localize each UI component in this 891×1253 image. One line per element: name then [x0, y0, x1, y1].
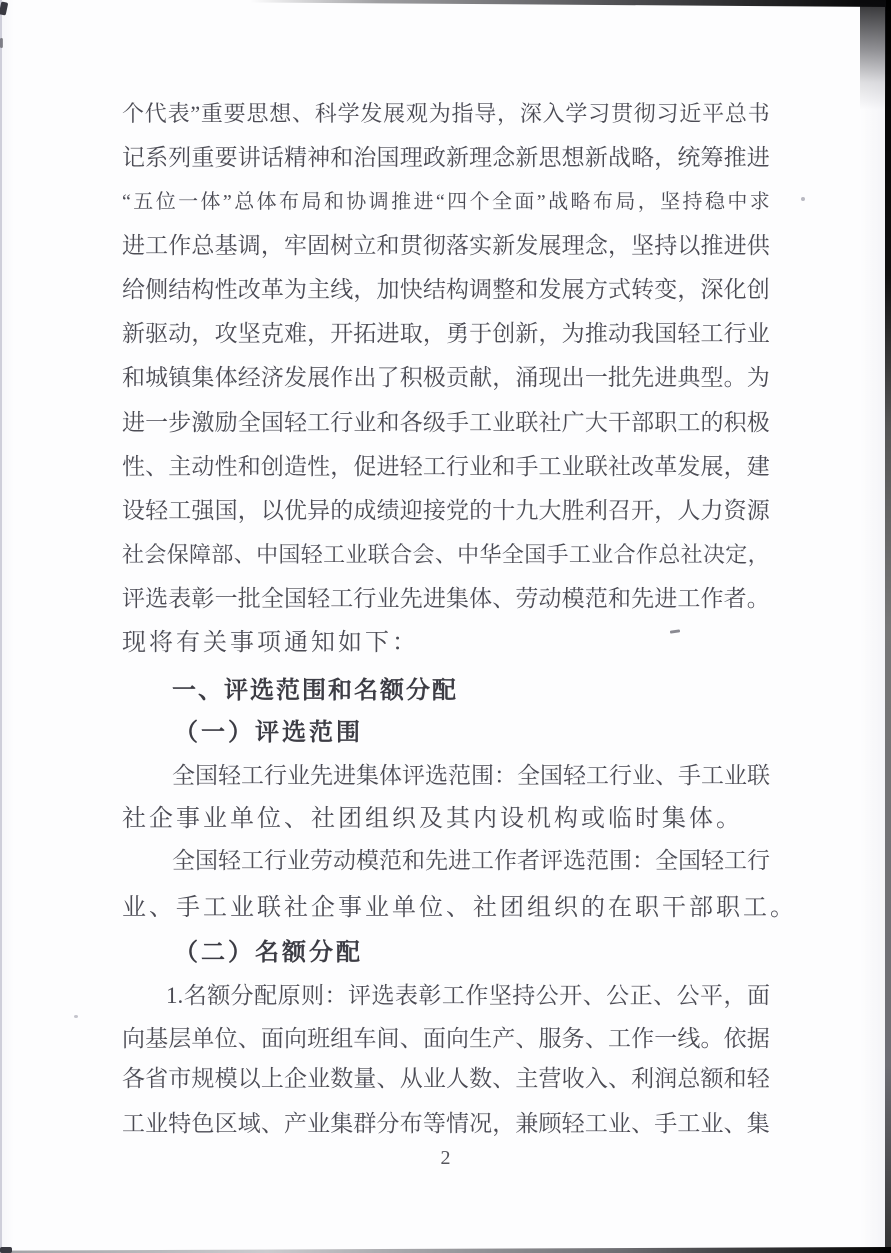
scanned-page: 个代表”重要思想、科学发展观为指导，深入学习贯彻习近平总书记系列重要讲话精神和治… — [0, 0, 891, 1253]
text-line: 给侧结构性改革为主线，加快结构调整和发展方式转变，深化创 — [122, 274, 770, 306]
text-line: 新驱动，攻坚克难，开拓进取，勇于创新，为推动我国轻工行业 — [122, 318, 770, 350]
text-line: 全国轻工行业劳动模范和先进工作者评选范围：全国轻工行 — [172, 845, 770, 877]
scan-dot-artifact — [801, 197, 805, 201]
scan-speck-bottom-left — [0, 1247, 12, 1253]
scan-dash-artifact — [670, 629, 680, 633]
text-line: 和城镇集体经济发展作出了积极贡献，涌现出一批先进典型。为 — [122, 362, 770, 394]
text-line: 设轻工强国，以优异的成绩迎接党的十九大胜利召开，人力资源 — [122, 495, 770, 527]
text-line: 现将有关事项通知如下： — [122, 627, 419, 659]
text-line: 个代表”重要思想、科学发展观为指导，深入学习贯彻习近平总书 — [122, 98, 770, 130]
text-line: 评选表彰一批全国轻工行业先进集体、劳动模范和先进工作者。 — [122, 583, 770, 615]
text-line: 社企事业单位、社团组织及其内设机构或临时集体。 — [122, 803, 743, 835]
scan-speck-left — [0, 38, 3, 48]
text-line: “五位一体”总体布局和协调推进“四个全面”战略布局，坚持稳中求 — [122, 186, 770, 218]
text-line: （一）评选范围 — [174, 717, 363, 749]
text-line: 进一步激励全国轻工行业和各级手工业联社广大干部职工的积极 — [122, 407, 770, 439]
scan-artifact-top-right-corner — [860, 0, 886, 110]
text-line: 性、主动性和创造性，促进轻工行业和手工业联社改革发展，建 — [122, 451, 770, 483]
text-line: 工业特色区域、产业集群分布等情况，兼顾轻工业、手工业、集 — [122, 1108, 770, 1140]
scan-speck-top-left — [0, 1, 8, 15]
text-line: （二）名额分配 — [174, 937, 363, 969]
text-line: 一、评选范围和名额分配 — [172, 675, 458, 707]
text-line: 全国轻工行业先进集体评选范围：全国轻工行业、手工业联 — [172, 760, 770, 792]
scan-artifact-top-edge — [250, 0, 891, 7]
text-line: 社会保障部、中国轻工业联合会、中华全国手工业合作总社决定， — [122, 539, 770, 571]
text-line: 业、手工业联社企事业单位、社团组织的在职干部职工。 — [122, 892, 797, 924]
scan-artifact-right-edge-band — [885, 0, 891, 1253]
text-line: 1.名额分配原则：评选表彰工作坚持公开、公正、公平，面 — [166, 980, 770, 1012]
page-number: 2 — [0, 1147, 891, 1170]
scan-artifact-bottom-edge — [0, 1247, 891, 1253]
text-line: 记系列重要讲话精神和治国理政新理念新思想新战略，统筹推进 — [122, 142, 770, 174]
text-line: 进工作总基调，牢固树立和贯彻落实新发展理念，坚持以推进供 — [122, 230, 770, 262]
scan-dot-artifact — [74, 1015, 78, 1018]
scan-artifact-left-edge-line — [0, 0, 2, 1253]
text-line: 各省市规模以上企业数量、从业人数、主营收入、利润总额和轻 — [122, 1063, 770, 1095]
text-line: 向基层单位、面向班组车间、面向生产、服务、工作一线。依据 — [122, 1023, 770, 1055]
